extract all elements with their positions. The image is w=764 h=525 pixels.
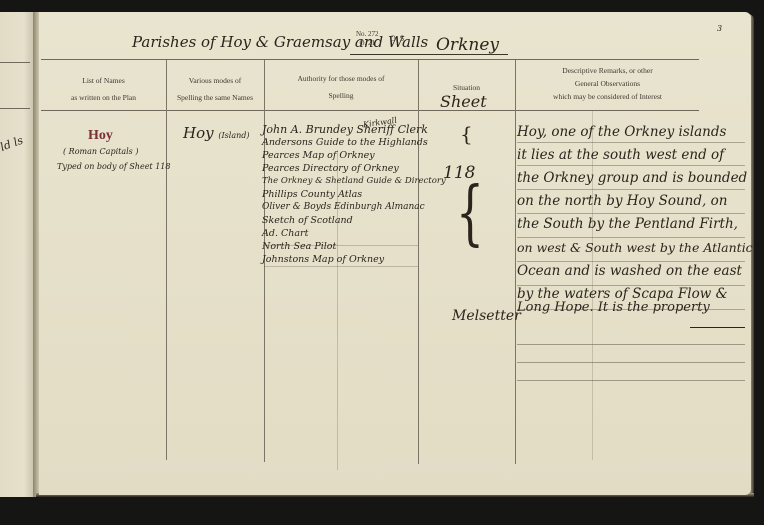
page-mark: 3 — [717, 24, 722, 33]
place-name-style: ( Roman Capitals ) — [63, 147, 138, 156]
authority-item: Oliver & Boyds Edinburgh Almanac — [262, 202, 425, 212]
column-header-remarks: Descriptive Remarks, or other General Ob… — [515, 64, 700, 103]
authority-item: Johnstons Map of Orkney — [262, 254, 384, 265]
county-name: Orkney — [436, 35, 499, 55]
authority-item: Pearces Map of Orkney — [262, 150, 375, 161]
column-header-line: General Observations — [515, 77, 700, 90]
header-bottom-rule — [41, 110, 699, 111]
remark-line: it lies at the south west end of — [517, 147, 724, 163]
column-header-names: List of Names as written on the Plan — [41, 72, 166, 106]
spelling-text: Hoy — [183, 124, 214, 142]
authority-item: The Orkney & Shetland Guide & Directory — [262, 176, 446, 186]
left-page-rule — [0, 108, 30, 109]
column-header-line: Spelling — [264, 87, 418, 104]
authority-item: North Sea Pilot — [262, 241, 336, 252]
remarks-rule — [517, 380, 745, 381]
left-page-scrawl: ld ls — [0, 133, 31, 153]
remarks-rule — [517, 362, 745, 363]
remark-line: the South by the Pentland Firth, — [517, 216, 738, 232]
authority-item: Sketch of Scotland — [262, 215, 353, 226]
page-title: Parishes of Hoy & Graemsay and Walls — [132, 33, 428, 51]
situation-sheet-handwritten: Sheet — [440, 92, 487, 111]
column-header-line: Authority for those modes of — [264, 70, 418, 87]
authority-item: John A. Brundey Sheriff Clerk — [262, 123, 428, 136]
column-header-line: Descriptive Remarks, or other — [515, 64, 700, 77]
locality: Melsetter — [452, 308, 521, 324]
reference-line-2: O. 21 — [356, 39, 379, 48]
remarks-rule — [517, 213, 745, 214]
authority-item: Ad. Chart — [262, 228, 308, 239]
remarks-rule — [517, 142, 745, 143]
reference-line-1: No. 272 — [356, 30, 379, 39]
column-header-line: as written on the Plan — [41, 89, 166, 106]
column-divider-3 — [418, 60, 419, 464]
authority-item: Pearces Directory of Orkney — [262, 163, 399, 174]
ditto-brace-icon: { — [456, 179, 484, 249]
remark-line: on west & South west by the Atlantic — [517, 240, 753, 255]
header-top-rule — [41, 59, 699, 60]
remarks-rule — [517, 344, 745, 345]
remarks-rule — [517, 189, 745, 190]
place-name-note: Typed on body of Sheet 118 — [57, 162, 170, 171]
column-header-spelling: Various modes of Spelling the same Names — [166, 72, 264, 106]
column-header-line: Various modes of — [166, 72, 264, 89]
remarks-rule — [517, 261, 745, 262]
place-name: Hoy — [88, 128, 113, 144]
left-page-rule — [0, 62, 30, 63]
column-header-authority: Authority for those modes of Spelling — [264, 70, 418, 104]
authority-item: Andersons Guide to the Highlands — [262, 137, 428, 148]
authority-item: Phillips County Atlas — [262, 189, 362, 200]
column-header-line: which may be considered of Interest — [515, 90, 700, 103]
remark-line: the Orkney group and is bounded — [517, 170, 747, 186]
remarks-rule — [517, 237, 745, 238]
remark-line: Long Hope. It is the property — [517, 300, 710, 315]
column-divider-4 — [515, 60, 516, 464]
survey-mark: O. S. — [390, 34, 406, 43]
remarks-rule — [517, 165, 745, 166]
column-divider-1 — [166, 60, 167, 460]
left-page-edge: ld ls — [0, 12, 34, 497]
remark-line: on the north by Hoy Sound, on — [517, 193, 727, 209]
reference-number: No. 272 O. 21 — [356, 30, 379, 48]
remark-line: Hoy, one of the Orkney islands — [517, 124, 726, 140]
spelling-note: (Island) — [218, 131, 249, 140]
column-header-line: Spelling the same Names — [166, 89, 264, 106]
ditto-brace-icon: { — [460, 122, 473, 146]
remark-line: Ocean and is washed on the east — [517, 263, 742, 279]
spelling-variant: Hoy (Island) — [183, 124, 249, 142]
remarks-end-stroke — [690, 327, 745, 328]
column-header-line: List of Names — [41, 72, 166, 89]
authority-rule — [264, 266, 418, 267]
